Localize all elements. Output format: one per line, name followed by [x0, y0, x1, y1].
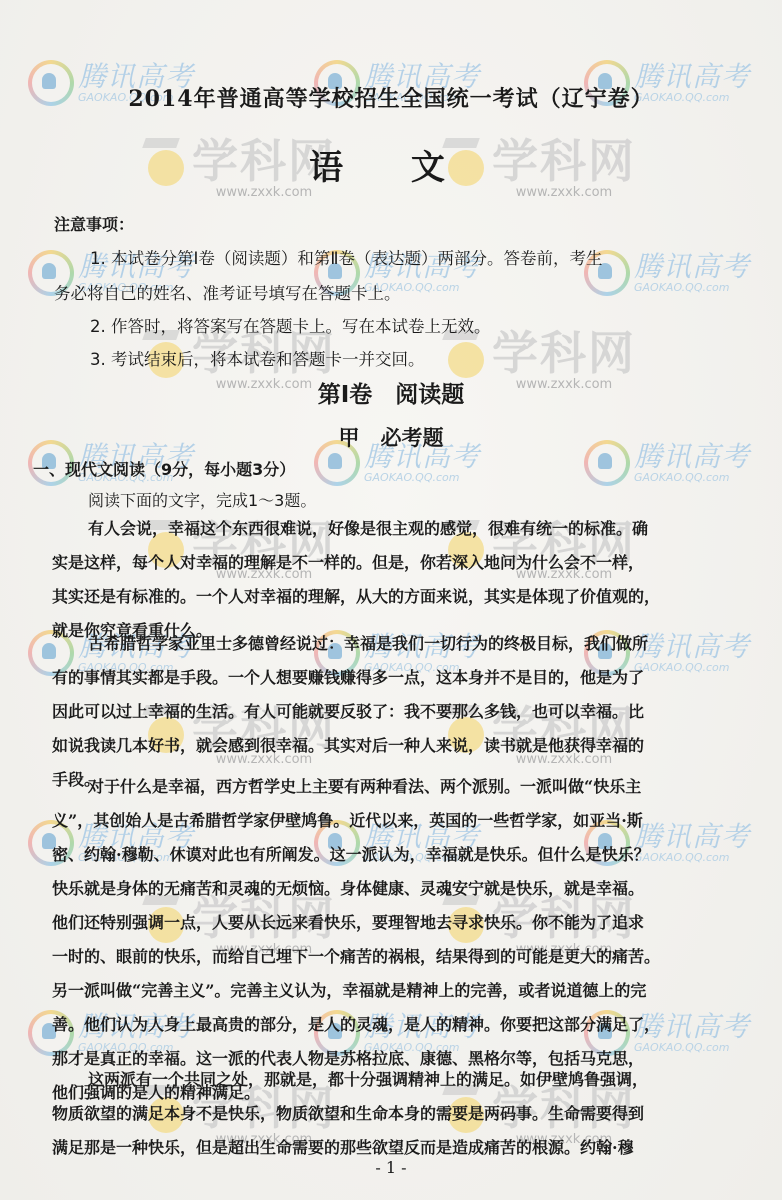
exam-page: 腾讯高考GAOKAO.QQ.com 腾讯高考GAOKAO.QQ.com 腾讯高考… [0, 0, 782, 1200]
subject-title: 语 文 [0, 140, 782, 189]
notice-item: 2. 作答时，将答案写在答题卡上。写在本试卷上无效。 [90, 313, 491, 337]
notice-item: 1. 本试卷分第Ⅰ卷（阅读题）和第Ⅱ卷（表达题）两部分。答卷前，考生 [90, 245, 602, 269]
passage-paragraph: 这两派有一个共同之处，那就是，都十分强调精神上的满足。如伊壁鸠鲁强调， 物质欲望… [52, 1063, 728, 1165]
question-heading: 一、现代文阅读（9分，每小题3分） [33, 457, 295, 480]
passage-paragraph: 对于什么是幸福，西方哲学史上主要有两种看法、两个派别。一派叫做“快乐主 义”，其… [52, 770, 728, 1110]
zxxk-mascot-icon [448, 342, 484, 378]
notice-heading: 注意事项： [54, 212, 134, 235]
notice-item: 务必将自己的姓名、准考证号填写在答题卡上。 [54, 280, 401, 304]
page-number: - 1 - [0, 1158, 782, 1177]
part-title: 第Ⅰ卷 阅读题 [0, 376, 782, 409]
exam-title: 2014年普通高等学校招生全国统一考试（辽宁卷） [0, 82, 782, 113]
section-title: 甲 必考题 [0, 422, 782, 452]
tencent-watermark: 腾讯高考GAOKAO.QQ.com [584, 250, 750, 296]
notice-item: 3. 考试结束后，将本试卷和答题卡一并交回。 [90, 346, 425, 370]
reading-instruction: 阅读下面的文字，完成1～3题。 [88, 488, 316, 511]
